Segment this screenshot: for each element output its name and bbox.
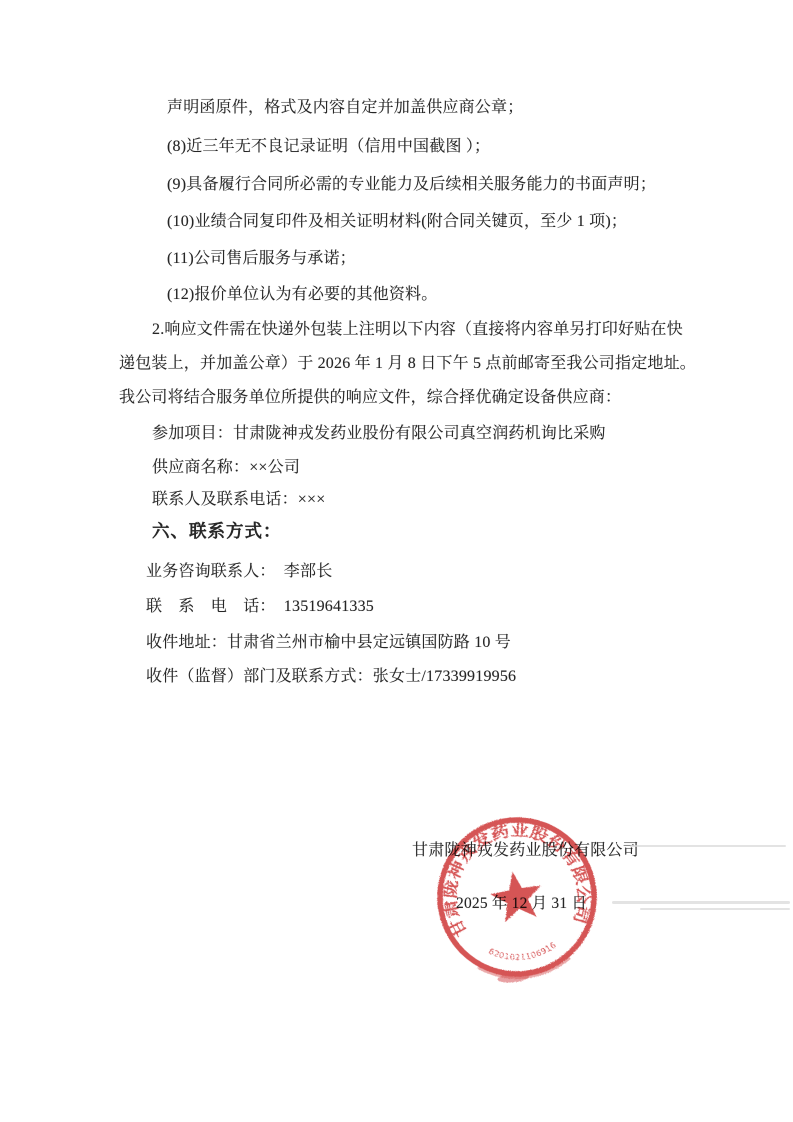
contact-line: 收件（监督）部门及联系方式：张女士/17339919956 <box>146 666 516 688</box>
list-item: 声明函原件，格式及内容自定并加盖供应商公章； <box>167 97 523 119</box>
scan-artifact <box>640 908 790 910</box>
seal-serial-number: 6201021106916 <box>486 940 559 966</box>
paragraph-line: 2.响应文件需在快递外包装上注明以下内容（直接将内容单另打印好贴在快 <box>152 319 683 341</box>
list-item: (10)业绩合同复印件及相关证明材料(附合同关键页，至少 1 项)； <box>167 211 627 233</box>
star-icon <box>487 867 546 924</box>
list-item: (9)具备履行合同所必需的专业能力及后续相关服务能力的书面声明； <box>167 174 656 196</box>
paragraph-line: 我公司将结合服务单位所提供的响应文件，综合择优确定设备供应商： <box>119 387 621 409</box>
document-page: 声明函原件，格式及内容自定并加盖供应商公章； (8)近三年无不良记录证明（信用中… <box>0 0 793 1122</box>
paragraph-line: 递包装上，并加盖公章）于 2026 年 1 月 8 日下午 5 点前邮寄至我公司… <box>119 353 696 375</box>
contact-line: 业务咨询联系人： 李部长 <box>146 561 332 583</box>
field-line: 联系人及联系电话：××× <box>152 489 325 511</box>
section-heading: 六、联系方式： <box>152 520 282 542</box>
list-item: (8)近三年无不良记录证明（信用中国截图 ）； <box>167 136 490 158</box>
field-line: 参加项目：甘肃陇神戎发药业股份有限公司真空润药机询比采购 <box>152 423 606 445</box>
list-item: (11)公司售后服务与承诺； <box>167 248 356 270</box>
list-item: (12)报价单位认为有必要的其他资料。 <box>167 284 437 306</box>
company-seal: 甘肃陇神戎发药业股份有限公司 6201021106916 <box>433 809 601 989</box>
contact-line: 收件地址：甘肃省兰州市榆中县定远镇国防路 10 号 <box>146 632 511 654</box>
field-line: 供应商名称：××公司 <box>152 457 300 479</box>
scan-artifact <box>630 845 786 847</box>
scan-artifact <box>612 901 790 904</box>
contact-line: 联 系 电 话： 13519641335 <box>146 596 374 618</box>
